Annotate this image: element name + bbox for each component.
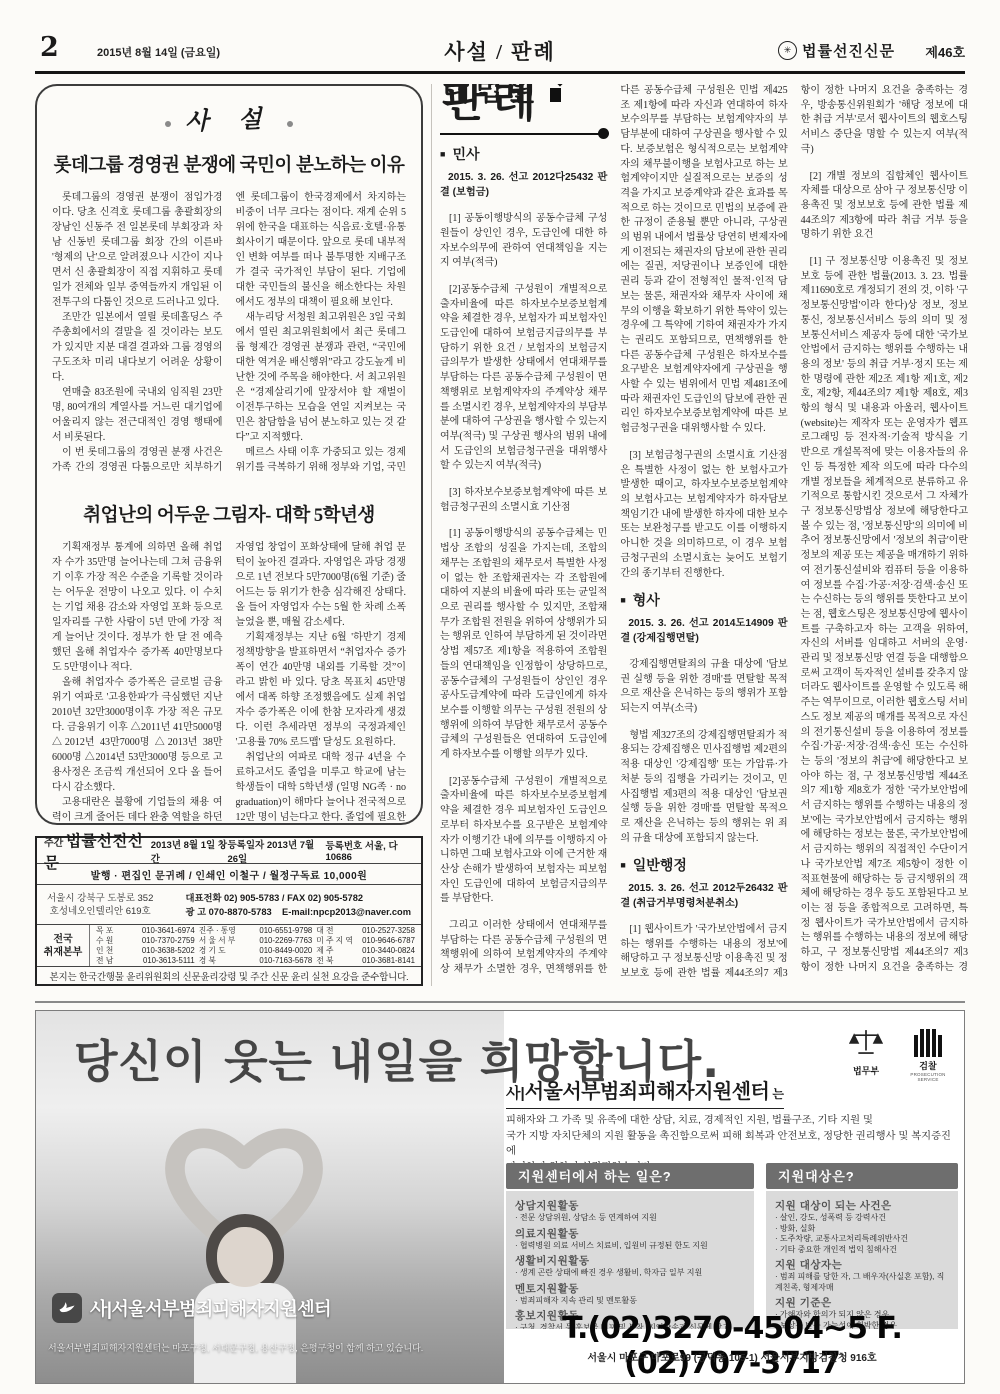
scales-icon: [849, 1027, 883, 1057]
registration-number: 등록번호 서울, 다10686: [325, 838, 414, 863]
case-title-administrative: 2015. 3. 26. 선고 2012두26432 판결 (취급거부명령처분취…: [620, 881, 787, 911]
case-title-civil: 2015. 3. 26. 선고 2012다25432 판결 (보험금): [440, 170, 607, 200]
bureau-entry: 수 원010-7370-2759: [96, 936, 195, 946]
advertisement: 당신이 웃는 내일을 희망합니다. 법무부 검: [35, 1010, 965, 1384]
logo-divider: [440, 133, 607, 135]
ad-info-boxes: 지원센터에서 하는 일은? 상담지원활동 · 전문 상담위원, 상담소 등 연계…: [506, 1163, 958, 1329]
bureau-entry: 서 울 서 부010-2269-7763: [199, 936, 313, 946]
paragraph: [1] 공동이행방식의 공동수급체 구성원들이 상인인 경우, 도급인에 대한 …: [440, 212, 607, 271]
bureau-entry: 전 북010-3681-8141: [316, 956, 415, 966]
bureau-entry: 전 남010-3613-5111: [96, 956, 195, 966]
square-bullet-icon: ■: [620, 860, 625, 870]
ministry-of-justice-logo: 법무부: [844, 1027, 888, 1082]
bureau-entry: 인 천010-3638-5202: [96, 946, 195, 956]
bureau-entry: 대 전010-2527-3258: [316, 926, 415, 936]
masthead-row-title: 주간 법률선진신문 2013년 8월 1일 창간 등록일자 2013년 7월 2…: [37, 838, 421, 864]
supreme-court-precedents-logo: ◆ 대법원 판례: [440, 84, 607, 135]
logo-text-precedents: 판례: [442, 94, 543, 109]
masthead-contact-row: 서울시 강북구 도봉로 352 호성네오인텔리안 619호 대표전화 02) 9…: [37, 885, 421, 925]
paragraph: 형법 제327조의 강제집행면탈죄가 적용되는 강제집행은 민사집행법 제2편의…: [620, 729, 787, 847]
ad-top-rule: [35, 1001, 965, 1003]
editorial-article1-title: 롯데그룹 경영권 분쟁에 국민이 분노하는 이유: [52, 151, 406, 177]
activities-box: 지원센터에서 하는 일은? 상담지원활동 · 전문 상담위원, 상담소 등 연계…: [506, 1163, 754, 1329]
bureau-entry: 미 주 지 역010-9646-6787: [316, 936, 415, 946]
founded-date: 2013년 8월 1일 창간: [151, 837, 228, 865]
bureau-entry: 경 북010-7163-5678: [199, 956, 313, 966]
page-header: 2 2015년 8월 14일 (금요일) 사설 / 판례 ✳ 법률선진신문 제4…: [35, 30, 965, 72]
paragraph: [2]공동수급체 구성원이 개별적으로 출자비율에 따른 하자보수보증보험계약을…: [440, 775, 607, 907]
paragraph: [2] 개별 정보의 집합체인 웹사이트 자체를 대상으로 삼아 구 정보통신망…: [801, 170, 968, 244]
dot-icon: [598, 128, 609, 139]
ad-phone: 광 고 070-8870-5783: [186, 907, 272, 917]
main-phone: 대표전화 02) 905-5783 / FAX 02) 905-5782: [186, 891, 412, 905]
prosecution-service-logo: 검찰 PROSECUTION SERVICE: [906, 1027, 950, 1082]
section-heading-criminal: ■형사: [620, 593, 787, 608]
editorial-label: 사 설: [52, 100, 406, 135]
activities-box-body: 상담지원활동 · 전문 상담위원, 상담소 등 연계하여 지원 의료지원활동 ·…: [506, 1191, 754, 1329]
editorial-article2-body: 기획재정부 통계에 의하면 올해 취업자 수가 35만명 늘어나는데 그쳐 금융…: [52, 540, 406, 825]
header-rule: [35, 71, 965, 74]
section-heading-civil: ■민사: [440, 147, 607, 162]
paragraph: [2]공동수급체 구성원이 개별적으로 출자비율에 따른 하자보수보증보험계약을…: [440, 283, 607, 474]
newspaper-emblem-icon: ✳: [778, 41, 797, 60]
paragraph: [3] 보험금청구권의 소멸시효 기산점은 특별한 사정이 없는 한 보험사고가…: [620, 449, 787, 581]
case-title-criminal: 2015. 3. 26. 선고 2014도14909 판결 (강제집행면탈): [620, 616, 787, 646]
bureau-entry: 경 기 도010-8449-0020: [199, 946, 313, 956]
publisher-line: 발행 · 편집인 문귀례 / 인쇄인 이철구 / 월정구독료 10,000원: [37, 864, 421, 885]
bureau-grid: 목 포010-3641-6974 진주 · 통영010-6551-9798 대 …: [90, 924, 421, 968]
paragraph: 기획재정부 통계에 의하면 올해 취업자 수가 35만명 늘어나는데 그쳐 금융…: [52, 540, 223, 675]
paragraph: [3] 하자보수보증보험계약에 따른 보험금청구권의 소멸시효 기산점: [440, 486, 607, 515]
office-address: 서울시 강북구 도봉로 352 호성네오인텔리안 619호: [47, 892, 153, 918]
editorial-article2-title: 취업난의 어두운 그림자- 대학 5학년생: [52, 501, 406, 527]
bullet-dot-icon: [165, 121, 171, 127]
bureau-entry: 제 주010-3440-0824: [316, 946, 415, 956]
eligibility-box-title: 지원대상은?: [766, 1163, 958, 1189]
square-bullet-icon: ■: [440, 149, 445, 159]
registration-date: 등록일자 2013년 7월 26일: [227, 837, 325, 865]
ad-bottom-caption: 서울서부범죄피해자지원센터는 마포구청, 서대문구청, 용산구청, 은평구청이 …: [48, 1341, 488, 1354]
editorial-article1-body: 롯데그룹의 경영권 분쟁이 점입가경이다. 당초 신격호 롯데그룹 총괄회장의 …: [52, 190, 406, 481]
newspaper-name: 법률선진신문: [802, 40, 895, 61]
support-center-title: 사|서울서부범죄피해자지원센터는: [506, 1075, 784, 1109]
ethics-statement: 본지는 한국간행물 윤리위원회의 신문윤리강령 및 주간 신문 윤리 실천 요강…: [37, 967, 421, 984]
bureau-entry: 진주 · 통영010-6551-9798: [199, 926, 313, 936]
issue-number: 제46호: [925, 42, 965, 61]
paragraph: 롯데그룹의 경영권 분쟁이 점입가경이다. 당초 신격호 롯데그룹 총괄회장의 …: [52, 190, 223, 310]
weekly-label: 주간: [44, 838, 63, 849]
ad-logos: 법무부 검찰 PROSECUTION SERVICE: [844, 1027, 950, 1082]
eligibility-box-body: 지원 대상이 되는 사건은 · 살인, 강도, 성폭력 등 강력사건 · 방화,…: [766, 1191, 958, 1329]
paragraph: 기획재정부는 지난 6월 '하반기 경제정책방향'을 발표하면서 “취업자수 증…: [236, 630, 407, 750]
ad-bottom-org: 사|서울서부범죄피해자지원센터: [52, 1293, 331, 1323]
bureau-label: 전국취재본부: [37, 925, 90, 966]
masthead-box: 주간 법률선진신문 2013년 8월 1일 창간 등록일자 2013년 7월 2…: [35, 836, 423, 986]
column-separator: [431, 84, 432, 986]
eligibility-box: 지원대상은? 지원 대상이 되는 사건은 · 살인, 강도, 성폭력 등 강력사…: [766, 1163, 958, 1329]
bullet-dot-icon: [287, 121, 293, 127]
editorial-box: 사 설 롯데그룹 경영권 분쟁에 국민이 분노하는 이유 롯데그룹의 경영권 분…: [35, 84, 423, 825]
paragraph: 조만간 일본에서 열릴 롯데홀딩스 주주총회에서의 결말을 질 것이라는 보도가…: [52, 310, 223, 385]
square-bullet-icon: ■: [620, 595, 625, 605]
paragraph: 연매출 83조원에 국내외 임직원 23만명, 80여개의 계열사를 거느린 대…: [52, 385, 223, 445]
dove-icon: [52, 1293, 82, 1323]
section-heading-administrative: ■일반행정: [620, 858, 787, 873]
email-address: E-mail:npcp2013@naver.com: [282, 907, 411, 917]
paragraph: [1] 공동이행방식의 공동수급체는 민법상 조합의 성질을 가지는데, 조합의…: [440, 527, 607, 762]
precedents-section: ◆ 대법원 판례 ■민사 2015. 3. 26. 선고 2012다25432 …: [440, 84, 968, 987]
girl-figure-face: [217, 1227, 273, 1287]
bureau-row: 전국취재본부 목 포010-3641-6974 진주 · 통영010-6551-…: [37, 925, 421, 967]
ad-address: 서울시 마포구 마포로99 (공덕동 105-1) 서울서부지방검찰청 916호: [504, 1349, 960, 1364]
paragraph: 새누리당 서청원 최고위원은 3일 국회에서 열린 최고위원회에서 최근 롯데그…: [236, 310, 407, 445]
activities-box-title: 지원센터에서 하는 일은?: [506, 1163, 754, 1189]
paragraph: 올해 취업자수 증가폭은 글로벌 금융위기 여파로 '고용한파'가 극심했던 지…: [52, 675, 223, 795]
bureau-entry: 목 포010-3641-6974: [96, 926, 195, 936]
ad-phone-numbers: T.(02)3270-4504~5 F.(02)707-3717: [504, 1311, 960, 1381]
paragraph: 강제집행면탈죄의 규율 대상에 '담보권 실행 등을 위한 경매'를 면탈할 목…: [620, 658, 787, 717]
vertical-bar-decoration: [550, 88, 561, 102]
bars-icon: [906, 1027, 950, 1057]
contact-numbers: 대표전화 02) 905-5783 / FAX 02) 905-5782 광 고…: [186, 891, 412, 919]
newspaper-page: 2 2015년 8월 14일 (금요일) 사설 / 판례 ✳ 법률선진신문 제4…: [0, 0, 1000, 1394]
